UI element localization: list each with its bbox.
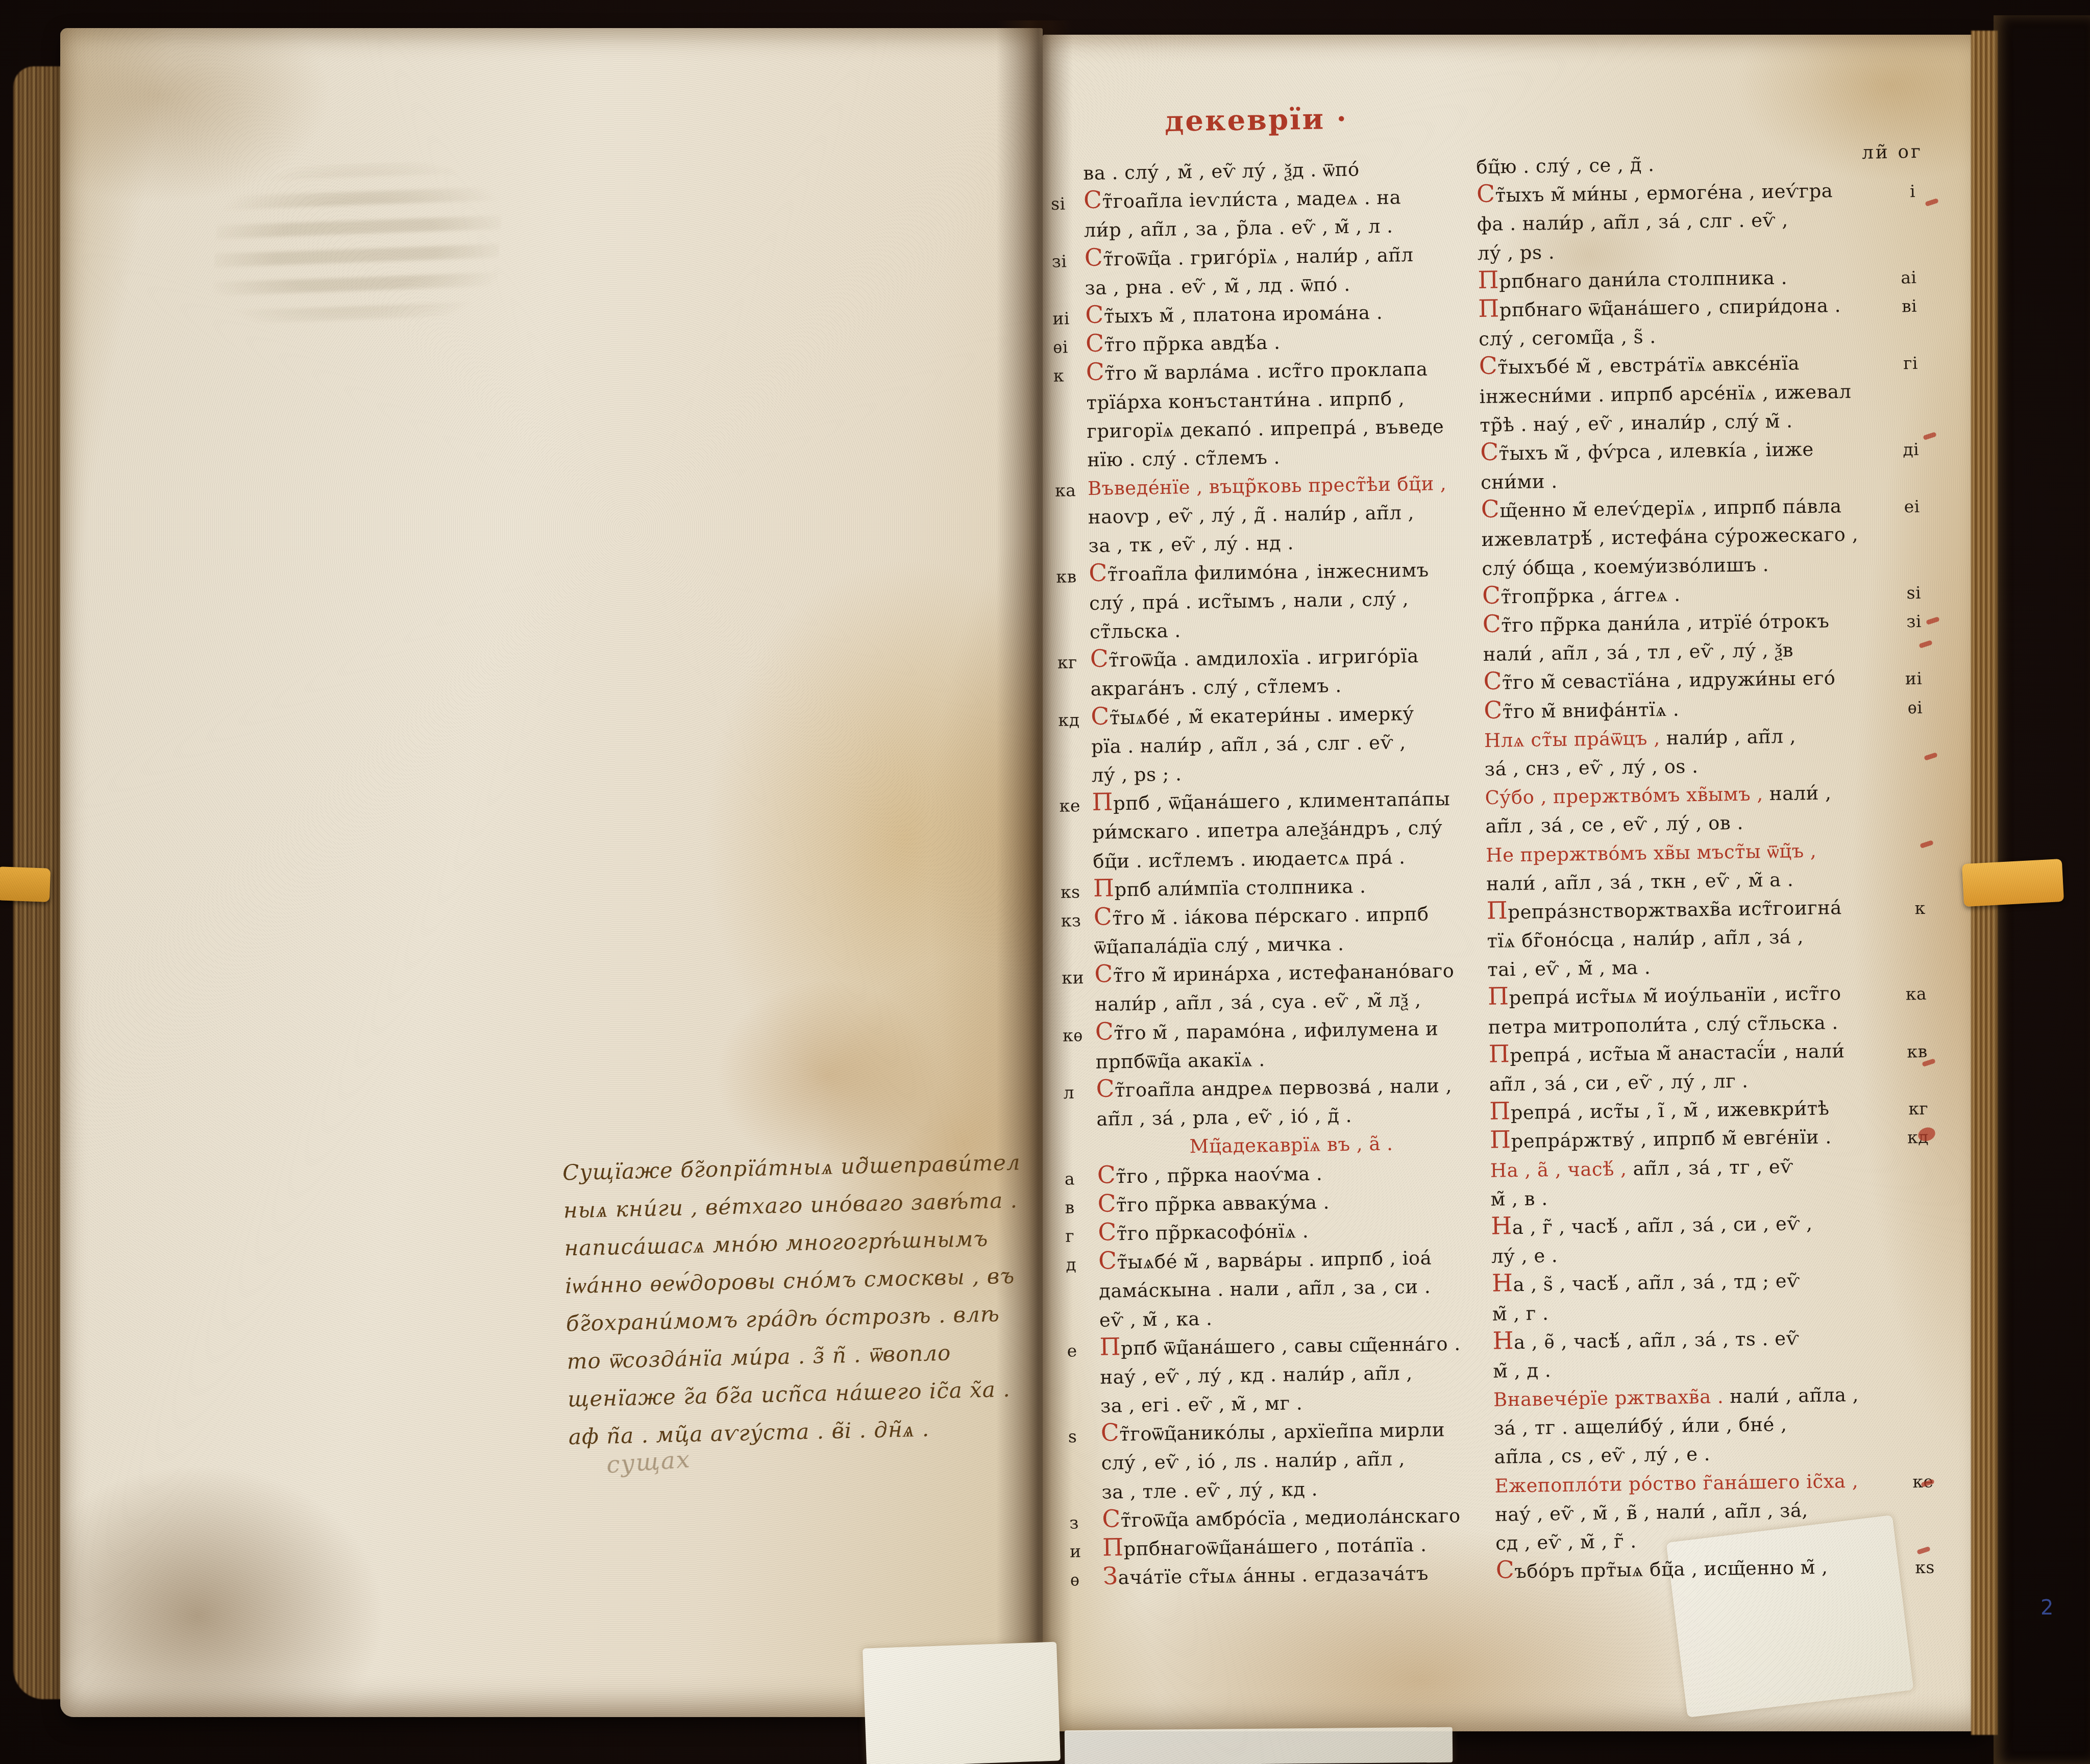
faded-ink-note: сущах <box>605 1445 692 1479</box>
red-initial-letter: С <box>1477 180 1495 209</box>
red-initial-letter: С <box>1095 1017 1114 1046</box>
day-number-margin: ѕі <box>1051 190 1066 219</box>
red-initial-letter: П <box>1489 1097 1511 1126</box>
red-initial-letter: С <box>1085 301 1104 329</box>
repair-patch <box>863 1642 1061 1764</box>
red-initial-letter: П <box>1478 266 1499 294</box>
red-initial-letter: П <box>1478 294 1499 323</box>
red-initial-letter: С <box>1482 581 1501 610</box>
day-number-margin: иі <box>1052 304 1070 333</box>
day-number-margin: кз <box>1061 906 1081 935</box>
red-initial-letter: С <box>1481 495 1499 524</box>
day-number-margin: ке <box>1059 791 1080 821</box>
day-number-margin: зі <box>1051 247 1067 276</box>
red-initial-letter: З <box>1102 1562 1118 1591</box>
day-number-margin: ѳі <box>1053 333 1069 362</box>
day-number-margin: г <box>1065 1222 1075 1250</box>
entry-line: ѳЗача́тїе ст̃ыѧ а́нны . егдазача́тъ <box>1102 1558 1492 1593</box>
day-number-margin: ѳі <box>1907 693 1923 722</box>
bleed-through-text <box>209 158 506 337</box>
red-initial-letter: С <box>1495 1556 1514 1584</box>
red-initial-letter: П <box>1093 874 1115 903</box>
red-initial-letter: С <box>1097 1189 1116 1218</box>
bookmark-ribbon-left <box>0 866 51 902</box>
day-number-margin: кд <box>1058 706 1080 735</box>
pencil-foliation-number: 2 <box>2040 1596 2053 1620</box>
red-initial-letter: С <box>1098 1218 1117 1247</box>
red-initial-letter: Н <box>1491 1212 1512 1240</box>
day-number-margin: ки <box>1062 963 1084 992</box>
red-initial-letter: С <box>1098 1247 1117 1275</box>
red-initial-letter: П <box>1488 1040 1510 1069</box>
day-number-margin: еі <box>1904 492 1920 521</box>
red-initial-letter: С <box>1094 960 1113 989</box>
day-number-margin: и <box>1070 1537 1081 1566</box>
red-initial-letter: С <box>1483 610 1502 638</box>
day-number-margin: ѳ <box>1070 1566 1080 1595</box>
repair-patch <box>1065 1727 1453 1764</box>
day-number-margin: д <box>1066 1251 1077 1279</box>
day-number-margin: к <box>1053 362 1065 390</box>
day-number-margin: і <box>1910 177 1916 206</box>
day-number-margin: ка <box>1055 476 1076 505</box>
calendar-column-left: ва . слу́ , м̃ , еѵ̃ лу́ , ѯд . ѿпо́ѕіСт… <box>1083 154 1492 1593</box>
bookmark-ribbon-right <box>1962 859 2064 907</box>
red-initial-letter: С <box>1102 1505 1121 1533</box>
day-number-margin: ка <box>1905 980 1927 1009</box>
red-initial-letter: С <box>1093 903 1112 931</box>
day-number-margin: кѕ <box>1915 1553 1935 1582</box>
day-number-margin: кв <box>1056 562 1077 591</box>
day-number-margin: ѕі <box>1906 579 1921 608</box>
red-initial-letter: С <box>1091 702 1110 731</box>
day-number-margin: кѳ <box>1063 1021 1084 1050</box>
red-initial-letter: С <box>1483 667 1502 696</box>
red-initial-letter: П <box>1486 897 1508 925</box>
red-initial-letter: С <box>1090 645 1109 674</box>
day-number-margin: е <box>1067 1336 1077 1365</box>
day-number-margin: кѕ <box>1061 878 1080 907</box>
red-initial-letter: П <box>1488 983 1509 1011</box>
day-number-margin: иі <box>1905 664 1923 693</box>
month-heading: декеврїи · <box>1165 100 1522 138</box>
red-initial-letter: П <box>1099 1333 1121 1361</box>
red-initial-letter: С <box>1480 438 1499 466</box>
red-initial-letter: С <box>1096 1075 1115 1103</box>
red-initial-letter: С <box>1084 243 1103 272</box>
calendar-column-right: бц̃ю . слу́ , се , д̃ .іСт̃ыхъ м̃ ми́ны … <box>1476 147 1899 1586</box>
day-number-margin: кг <box>1057 648 1077 677</box>
red-initial-letter: С <box>1089 559 1108 587</box>
day-number-margin: зі <box>1906 607 1922 636</box>
day-number-margin: ді <box>1903 435 1920 464</box>
red-initial-letter: С <box>1086 358 1104 387</box>
day-number-margin: кг <box>1908 1095 1929 1124</box>
red-initial-letter: С <box>1479 352 1497 381</box>
day-number-margin: а <box>1065 1164 1075 1193</box>
red-initial-letter: П <box>1490 1126 1511 1155</box>
left-page <box>60 28 1043 1717</box>
day-number-margin: з <box>1069 1508 1079 1537</box>
day-number-margin: в <box>1065 1193 1075 1222</box>
day-number-margin: ѕ <box>1068 1423 1077 1451</box>
red-initial-letter: П <box>1092 788 1113 816</box>
red-initial-letter: С <box>1100 1419 1119 1448</box>
red-initial-letter: П <box>1102 1533 1124 1562</box>
red-initial-letter: С <box>1084 186 1102 215</box>
red-initial-letter: Н <box>1492 1327 1514 1355</box>
red-initial-letter: С <box>1097 1161 1116 1189</box>
red-initial-letter: С <box>1484 696 1503 725</box>
day-number-margin: л <box>1063 1078 1074 1107</box>
day-number-margin: гі <box>1903 349 1919 378</box>
handwritten-colophon: Сущїаже бг̃опрїа́тныѧ ид̃шеправи́телныѧ … <box>562 1145 997 1456</box>
day-number-margin: к <box>1914 894 1926 923</box>
day-number-margin: ві <box>1902 292 1917 321</box>
red-initial-letter: Н <box>1492 1270 1513 1298</box>
red-initial-letter: С <box>1086 330 1104 358</box>
day-number-margin: аі <box>1901 263 1917 292</box>
entry-line: кѕСъбо́ръ прт̃ыѧ бц̃а , исщ̃енно м̃ , <box>1495 1552 1899 1586</box>
